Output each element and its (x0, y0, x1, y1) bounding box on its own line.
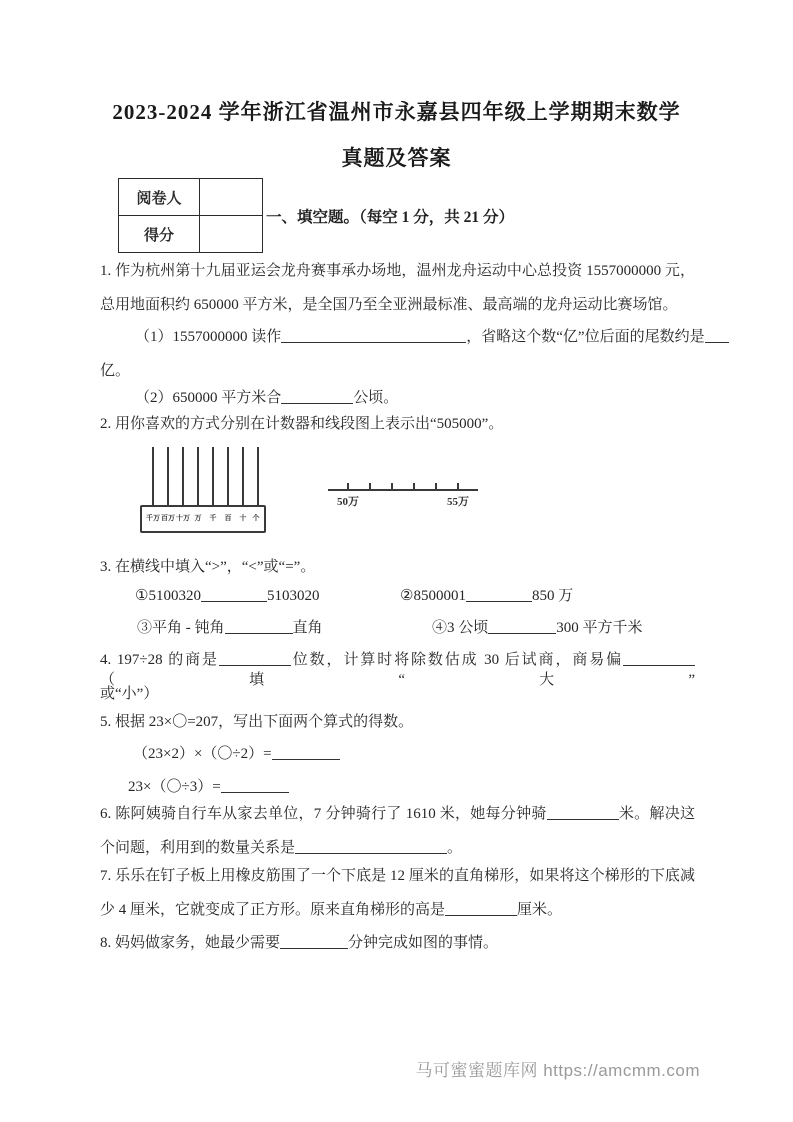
place-value-label: 百 (225, 514, 232, 522)
counter-diagram: 千万 百万 十万 万 千 百 十 个 (140, 447, 266, 535)
place-value-label: 千 (210, 514, 217, 522)
q3-item1-pre: ①5100320 (135, 588, 201, 604)
q8-post: 分钟完成如图的事情。 (348, 935, 498, 951)
question-7-line1: 7. 乐乐在钉子板上用橡皮筋围了一个下底是 12 厘米的直角梯形，如果将这个梯形… (100, 866, 695, 886)
question-5-text: 5. 根据 23×〇=207，写出下面两个算式的得数。 (100, 712, 413, 732)
table-row: 阅卷人 (119, 179, 263, 216)
question-3-item4: ④3 公顷300 平方千米 (432, 618, 643, 638)
q1-sub1-pre: （1）1557000000 读作 (135, 329, 281, 345)
page-title-line2: 真题及答案 (0, 142, 793, 172)
score-label: 得分 (119, 216, 200, 253)
question-3-item1: ①51003205103020 (135, 586, 319, 606)
counter-rod (212, 447, 214, 505)
q1-sub1-mid: ，省略这个数“亿”位后面的尾数约是 (466, 329, 704, 345)
q5-expr1-blank (272, 744, 340, 760)
table-row: 得分 (119, 216, 263, 253)
counter-rod (257, 447, 259, 505)
q8-pre: 8. 妈妈做家务，她最少需要 (100, 935, 280, 951)
counter-base: 千万 百万 十万 万 千 百 十 个 (140, 505, 266, 533)
q5-expr2-blank (221, 777, 289, 793)
question-1-line1: 1. 作为杭州第十九届亚运会龙舟赛事承办场地，温州龙舟运动中心总投资 15570… (100, 261, 695, 281)
question-2-figure: 千万 百万 十万 万 千 百 十 个 50万 55万 (100, 443, 695, 548)
question-1-sub2: （2）650000 平方米合公顷。 (135, 388, 398, 408)
q1-sub1-blank1 (281, 327, 466, 343)
q1-sub2-blank (281, 388, 353, 404)
q6-blank2 (295, 838, 447, 854)
counter-rod (242, 447, 244, 505)
score-table: 阅卷人 得分 (118, 178, 263, 253)
q7-line2-post: 厘米。 (517, 902, 562, 918)
q1-sub2-post: 公顷。 (353, 390, 398, 406)
q3-item2-blank (466, 586, 532, 602)
q4-blank1 (219, 650, 291, 666)
grader-value-cell (200, 179, 263, 216)
q6-blank1 (547, 804, 619, 820)
q1-sub2-pre: （2）650000 平方米合 (135, 390, 281, 406)
question-2-text: 2. 用你喜欢的方式分别在计数器和线段图上表示出“505000”。 (100, 414, 503, 434)
q6-line1-post: 米。解决这 (619, 806, 695, 822)
q3-item2-pre: ②8500001 (400, 588, 466, 604)
counter-rod (182, 447, 184, 505)
q3-item2-post: 850 万 (532, 588, 573, 604)
counter-rod (167, 447, 169, 505)
page-title-line1: 2023-2024 学年浙江省温州市永嘉县四年级上学期期末数学 (0, 96, 793, 126)
question-6-line2: 个问题，利用到的数量关系是。 (100, 838, 462, 858)
number-line-tick (369, 483, 371, 490)
number-line-label-right: 55万 (443, 493, 473, 509)
question-1-sub1-cont: 亿。 (100, 361, 130, 381)
question-4-line2: 或“小”） (100, 684, 158, 704)
question-6-line1: 6. 陈阿姨骑自行车从家去单位，7 分钟骑行了 1610 米，她每分钟骑米。解决… (100, 804, 695, 824)
q3-item3-post: 直角 (293, 620, 323, 636)
question-1-sub1: （1）1557000000 读作，省略这个数“亿”位后面的尾数约是 (135, 327, 695, 347)
question-1-line2: 总用地面积约 650000 平方米，是全国乃至全亚洲最标准、最高端的龙舟运动比赛… (100, 295, 678, 315)
question-8-text: 8. 妈妈做家务，她最少需要分钟完成如图的事情。 (100, 933, 498, 953)
number-line-diagram: 50万 55万 (328, 483, 488, 523)
q3-item3-blank (225, 618, 293, 634)
counter-rod (152, 447, 154, 505)
question-5-expr1: （23×2）×（〇÷2）= (133, 744, 340, 764)
question-4-line1: 4. 197÷28 的商是位数，计算时将除数估成 30 后试商，商易偏（填“大” (100, 650, 695, 690)
number-line (328, 489, 478, 491)
q8-blank (280, 933, 348, 949)
q4-pre: 4. 197÷28 的商是 (100, 652, 219, 668)
counter-rod (197, 447, 199, 505)
place-value-label: 万 (195, 514, 202, 522)
q3-item3-pre: ③平角 - 钝角 (137, 620, 225, 636)
q3-item4-pre: ④3 公顷 (432, 620, 488, 636)
question-3-item2: ②8500001850 万 (400, 586, 573, 606)
q6-line2-pre: 个问题，利用到的数量关系是 (100, 840, 295, 856)
question-3-item3: ③平角 - 钝角直角 (137, 618, 323, 638)
place-value-label: 个 (253, 514, 260, 522)
place-value-label: 百万 (161, 514, 175, 522)
exam-document-page: 2023-2024 学年浙江省温州市永嘉县四年级上学期期末数学 真题及答案 阅卷… (0, 0, 793, 1122)
number-line-tick (347, 483, 349, 490)
q6-line1-pre: 6. 陈阿姨骑自行车从家去单位，7 分钟骑行了 1610 米，她每分钟骑 (100, 806, 547, 822)
q1-sub1-blank2 (705, 327, 729, 343)
question-7-line2: 少 4 厘米，它就变成了正方形。原来直角梯形的高是厘米。 (100, 900, 562, 920)
q4-blank2 (623, 650, 695, 666)
question-3-text: 3. 在横线中填入“>”，“<”或“=”。 (100, 557, 315, 577)
place-value-label: 千万 (146, 514, 160, 522)
counter-rod (227, 447, 229, 505)
score-value-cell (200, 216, 263, 253)
number-line-label-left: 50万 (333, 493, 363, 509)
footer-site-credit: 马可蜜蜜题库网 https://amcmm.com (100, 1056, 700, 1081)
number-line-tick (435, 483, 437, 490)
q7-blank (445, 900, 517, 916)
section-heading: 一、填空题。（每空 1 分，共 21 分） (266, 205, 514, 227)
q3-item4-blank (488, 618, 556, 634)
place-value-label: 十万 (176, 514, 190, 522)
q3-item1-blank (201, 586, 267, 602)
q5-expr2-text: 23×（〇÷3）= (128, 779, 221, 795)
number-line-tick (391, 483, 393, 490)
number-line-tick (457, 483, 459, 490)
place-value-label: 十 (240, 514, 247, 522)
number-line-tick (413, 483, 415, 490)
q5-expr1-text: （23×2）×（〇÷2）= (133, 746, 272, 762)
grader-label: 阅卷人 (119, 179, 200, 216)
q4-post: （填“大” (100, 672, 695, 688)
question-5-expr2: 23×（〇÷3）= (128, 777, 289, 797)
q3-item4-post: 300 平方千米 (556, 620, 642, 636)
q4-mid: 位数，计算时将除数估成 30 后试商，商易偏 (291, 652, 623, 668)
q7-line2-pre: 少 4 厘米，它就变成了正方形。原来直角梯形的高是 (100, 902, 445, 918)
q3-item1-post: 5103020 (267, 588, 320, 604)
q6-line2-post: 。 (447, 840, 462, 856)
